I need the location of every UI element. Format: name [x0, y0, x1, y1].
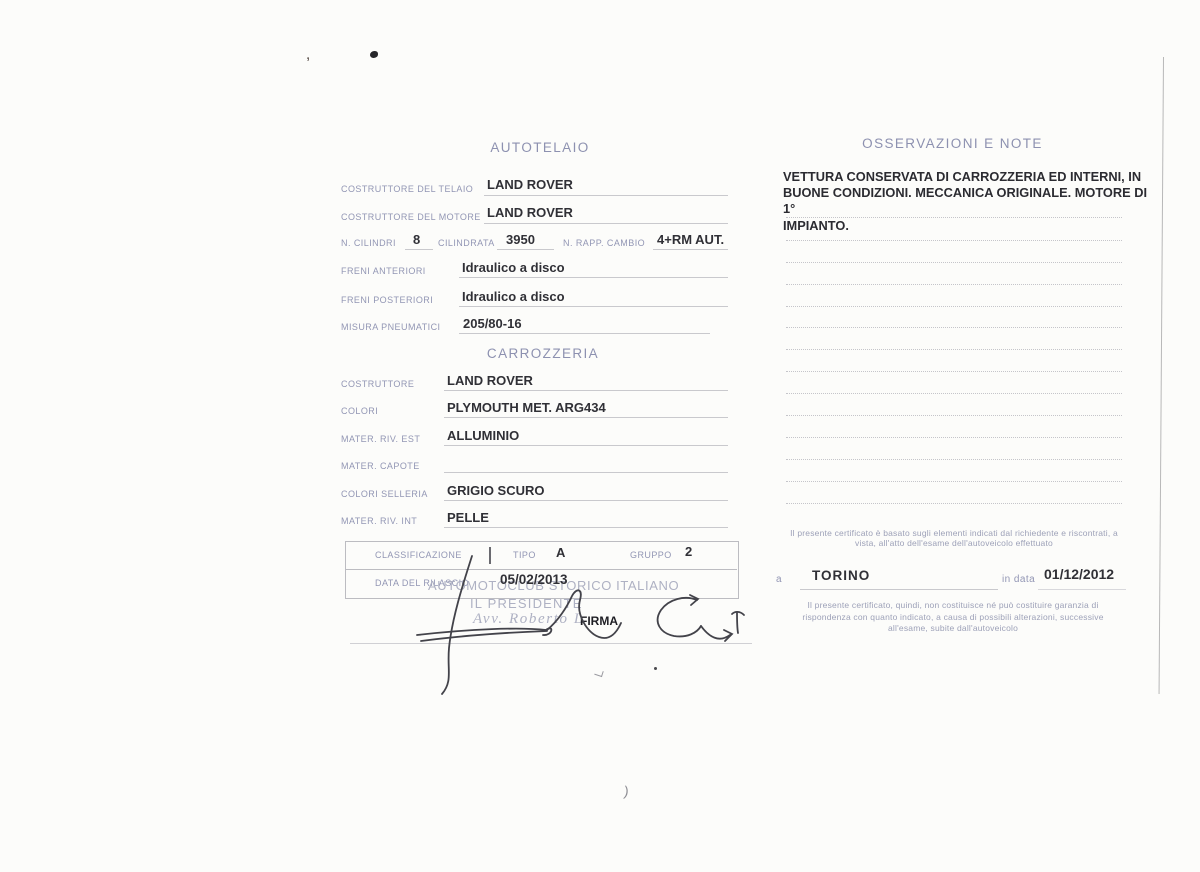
field-underline	[444, 417, 728, 418]
field-value-misura-pneumatici: 205/80-16	[463, 316, 522, 331]
firma-underline	[350, 643, 752, 644]
field-label-colori-selleria: COLORI SELLERIA	[341, 489, 428, 499]
field-label-costruttore-motore: COSTRUTTORE DEL MOTORE	[341, 212, 481, 222]
field-value-freni-posteriori: Idraulico a disco	[462, 289, 565, 304]
scanned-certificate-page: , AUTOTELAIO COSTRUTTORE DEL TELAIO LAND…	[0, 0, 1200, 872]
page-edge-line	[1159, 57, 1164, 694]
field-value-mater-riv-est: ALLUMINIO	[447, 428, 519, 443]
date-underline	[1038, 589, 1126, 590]
field-underline	[444, 390, 728, 391]
field-label-mater-capote: MATER. CAPOTE	[341, 461, 420, 471]
table-label-tipo: TIPO	[513, 550, 536, 560]
president-stamp-line2: IL PRESIDENTE	[470, 596, 583, 611]
field-label-cilindrata: CILINDRATA	[438, 238, 495, 248]
scan-artifact	[370, 51, 378, 58]
dotted-line	[786, 349, 1122, 350]
field-label-misura-pneumatici: MISURA PNEUMATICI	[341, 322, 441, 332]
field-underline	[444, 500, 728, 501]
table-label-gruppo: GRUPPO	[630, 550, 672, 560]
certificate-note-bottom: Il presente certificato, quindi, non cos…	[793, 600, 1113, 635]
place-label: a	[776, 574, 782, 585]
place-value: TORINO	[812, 568, 870, 583]
field-label-colori: COLORI	[341, 406, 378, 416]
dotted-line	[786, 217, 1122, 218]
field-value-colori: PLYMOUTH MET. ARG434	[447, 400, 606, 415]
dotted-line	[786, 415, 1122, 416]
field-label-mater-riv-int: MATER. RIV. INT	[341, 516, 417, 526]
osservazioni-text: VETTURA CONSERVATA DI CARROZZERIA ED INT…	[783, 169, 1148, 234]
scan-artifact	[594, 669, 603, 677]
dotted-line	[786, 459, 1122, 460]
scan-artifact	[654, 667, 657, 670]
field-underline	[497, 249, 554, 250]
field-label-costruttore-telaio: COSTRUTTORE DEL TELAIO	[341, 184, 473, 194]
field-underline	[484, 223, 728, 224]
dotted-line	[786, 393, 1122, 394]
section-title-autotelaio: AUTOTELAIO	[400, 140, 680, 155]
field-value-mater-riv-int: PELLE	[447, 510, 489, 525]
dotted-line	[786, 240, 1122, 241]
field-value-freni-anteriori: Idraulico a disco	[462, 260, 565, 275]
table-value-gruppo: 2	[685, 544, 692, 559]
date-label: in data	[1002, 574, 1035, 585]
field-label-freni-posteriori: FRENI POSTERIORI	[341, 295, 433, 305]
scan-artifact: ,	[306, 46, 310, 63]
field-label-freni-anteriori: FRENI ANTERIORI	[341, 266, 426, 276]
section-title-carrozzeria: CARROZZERIA	[403, 346, 683, 361]
field-label-rapp-cambio: N. RAPP. CAMBIO	[563, 238, 645, 248]
table-value-tipo: A	[556, 545, 565, 560]
dotted-line	[786, 503, 1122, 504]
section-title-osservazioni: OSSERVAZIONI E NOTE	[775, 136, 1130, 151]
field-value-costruttore-telaio: LAND ROVER	[487, 177, 573, 192]
president-stamp-line3: Avv. Roberto L	[473, 611, 584, 628]
place-underline	[800, 589, 998, 590]
dotted-line	[786, 284, 1122, 285]
dotted-line	[786, 481, 1122, 482]
field-underline	[405, 249, 433, 250]
signature	[0, 0, 1200, 872]
field-underline	[459, 333, 710, 334]
field-underline	[653, 249, 728, 250]
dotted-line	[786, 371, 1122, 372]
table-label-classificazione: CLASSIFICAZIONE	[375, 550, 462, 560]
field-underline	[459, 306, 728, 307]
classification-table-divider	[345, 569, 737, 570]
field-underline	[459, 277, 728, 278]
field-value-costruttore-motore: LAND ROVER	[487, 205, 573, 220]
certificate-note-top: Il presente certificato è basato sugli e…	[778, 528, 1130, 548]
field-value-rapp-cambio: 4+RM AUT.	[657, 232, 724, 247]
dotted-line	[786, 306, 1122, 307]
table-value-data-rilascio: 05/02/2013	[500, 572, 568, 587]
field-value-n-cilindri: 8	[413, 232, 420, 247]
field-value-cilindrata: 3950	[506, 232, 535, 247]
field-value-costruttore: LAND ROVER	[447, 373, 533, 388]
field-underline	[444, 445, 728, 446]
field-label-n-cilindri: N. CILINDRI	[341, 238, 396, 248]
field-label-mater-riv-est: MATER. RIV. EST	[341, 434, 420, 444]
field-label-costruttore: COSTRUTTORE	[341, 379, 414, 389]
dotted-line	[786, 437, 1122, 438]
dotted-line	[786, 327, 1122, 328]
date-value: 01/12/2012	[1044, 566, 1114, 582]
field-value-colori-selleria: GRIGIO SCURO	[447, 483, 545, 498]
field-underline	[484, 195, 728, 196]
classification-cell-divider	[489, 547, 491, 564]
dotted-line	[786, 262, 1122, 263]
scan-artifact: )	[623, 783, 630, 799]
field-underline	[444, 527, 728, 528]
firma-label: FIRMA	[580, 614, 618, 628]
field-underline	[444, 472, 728, 473]
